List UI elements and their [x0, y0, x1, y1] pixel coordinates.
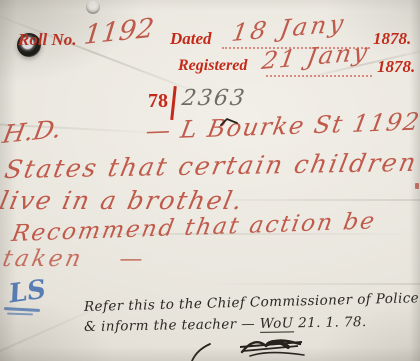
- registered-label: Registered: [178, 57, 247, 75]
- body-line-1: States that certain children: [2, 148, 420, 184]
- blue-underline: [7, 313, 33, 316]
- blue-crayon-mark: LS: [7, 275, 48, 310]
- dotted-leader: [266, 75, 372, 77]
- registered-year: 1878.: [377, 57, 415, 77]
- pin-hole: [86, 0, 100, 14]
- minute-line-2-text: & inform the teacher —: [84, 316, 260, 335]
- body-line-2: live in a brothel.: [0, 186, 247, 215]
- partial-signature-stroke: [188, 343, 214, 361]
- address-line: — L Bourke St 1192 —: [144, 106, 420, 145]
- dated-label: Dated: [170, 29, 212, 49]
- file-number-year: 78: [148, 90, 168, 113]
- minute-line-2: & inform the teacher — WoU 21. 1. 78.: [84, 314, 367, 335]
- minute-line-1: Refer this to the Chief Commissioner of …: [84, 290, 419, 315]
- roll-no-value: 1192: [82, 13, 155, 51]
- body-line-4: taken —: [0, 246, 148, 272]
- initials-red: H.D.: [0, 114, 63, 149]
- minute-initials: WoU: [260, 315, 294, 333]
- dated-year: 1878.: [373, 29, 411, 49]
- crease: [200, 283, 420, 285]
- file-number-value: 2363: [180, 86, 248, 111]
- blue-underline: [4, 307, 40, 311]
- document-page: Roll No. 1192 Dated 18 Jany 1878. Regist…: [0, 0, 420, 361]
- tick-icon: [220, 116, 238, 128]
- file-number-divider: [170, 86, 176, 120]
- ink-fleck: [415, 183, 419, 189]
- minute-date: 21. 1. 78.: [293, 314, 366, 331]
- signature-scribble: [238, 334, 306, 358]
- registered-value: 21 Jany: [260, 38, 372, 75]
- roll-no-label: Roll No.: [18, 30, 77, 50]
